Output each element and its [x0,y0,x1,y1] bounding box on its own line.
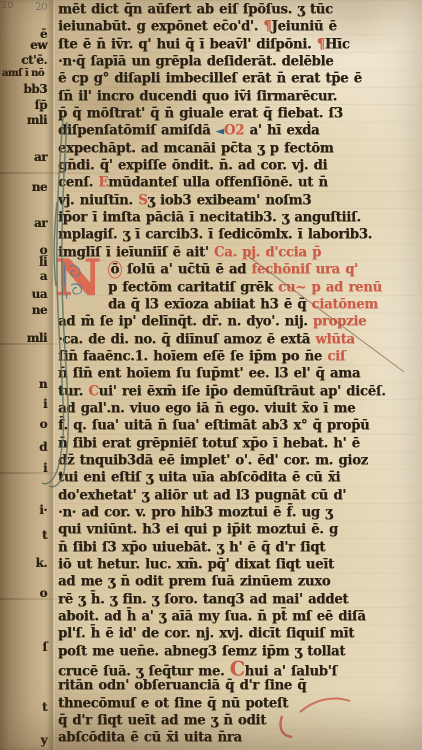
text-segment: ritān odn' obſeruanciā q̄ d'r ſine q̄ [58,678,306,693]
edge-text-fragment: mli [27,113,47,127]
text-line: da q̄ l3 exīoza abiiat h3 ē q̄ ciatōnem [58,296,410,314]
edge-text-fragment: i· [39,503,47,517]
blue-paraph-icon: ◄ [216,124,224,137]
rubric-segment: propzie [313,314,366,329]
text-segment: poſt me uen̄e. abneg3 ſemz ip̄m ʒ tollat [58,644,345,659]
text-segment: tui eni eſtiſ ʒ uita uīa abſcōdita ē cū … [58,470,340,485]
edge-text-fragment: ar [34,216,47,230]
text-line: qui vniūnt. h3 ei qui p ip̄it moztui ē. … [58,521,410,539]
edge-text-fragment: ua [32,287,48,301]
edge-text-fragment: k. [36,556,48,570]
text-line: f̄. q. ſua' uitā n̄ ſua' eſtimāt ab3 x° … [58,417,410,435]
rubric-segment: fechōniſ ura q' [251,262,358,277]
text-line: pl'ſ. h̄ ē id' de cor. nj. xvj. dicīt ſi… [58,625,410,643]
edge-text-fragment: o [39,586,47,600]
text-line: iō ut hetur. luc. xm̄. pq̄' dixat ſiqt u… [58,556,410,574]
text-line: ritān odn' obſeruanciā q̄ d'r ſine q̄ [58,677,410,695]
text-segment: dz̄ tnquib3dā eē implet' o'. ēd' cor. m.… [58,453,368,468]
text-segment: ·n·q̄ ſapīā un grēpla deſiderāt. delēble [58,54,333,69]
text-segment: n̄ ſibi ſ3 xp̄o uiuebāt. ʒ h' ē q̄ d'r ſ… [58,540,325,555]
text-segment: f̄. q. ſua' uitā n̄ ſua' eſtimāt ab3 x° … [58,418,369,433]
text-segment: ip̄or ī imſta pāciā ī necitatib3. ʒ angu… [58,210,361,225]
edge-text-fragment: ſ [42,640,47,654]
edge-text-fragment: ct'ē. [21,53,47,67]
text-line: ad me ʒ n̄ odit prem ſuā zinūem zuxo [58,573,410,591]
text-line: ad m̄ ſe ip' delīnq̄t. dr̄. n. dyo'. nij… [58,313,410,331]
text-line: rē ʒ h̄. ʒ fin. ʒ ſoro. tanq3 ad mai' ad… [58,591,410,609]
edge-text-fragment: ne [32,303,47,317]
edge-text-fragment: 20 [35,2,47,13]
text-segment: n̄ ſin̄ ent hoīem ſu ſup̄mt' ee. l3 el' … [58,366,360,381]
text-line: gn̄di. q̄' expiſſe ōndit. n̄. ad cor. vj… [58,157,410,175]
text-segment: cenſ. [58,175,98,190]
text-segment: ·n· ad cor. v. pro hib3 moztui ē f̄. ug … [58,505,332,520]
text-line: mplagiſ. ʒ ī carcib3. ī ſedicōmlx. ī lab… [58,226,410,244]
text-line: ieiunabūt. g expōnet ec̄o'd'. ¶Jeiuniū ē [58,18,410,36]
text-line: n̄ ſibi ſ3 xp̄o uiuebāt. ʒ h' ē q̄ d'r ſ… [58,539,410,557]
text-segment: do'exhetat' ʒ aliōr ut ad l3 pugnāt cū d… [58,488,346,503]
text-line: ·ca. de di. no. q̄ diīnuſ amoz ē extā wl… [58,331,410,349]
text-segment: Hīc [325,37,350,52]
text-segment: Jeiuniū ē [272,19,337,34]
rubric-segment: E [98,175,108,190]
text-line: imglīſ ī ieīuniīſ ē ait' Ca. pj. d'ccia … [58,244,410,262]
text-segment: ieiunabūt. g expōnet ec̄o'd'. [58,19,263,34]
text-segment: n̄ ſibi erat grēpniēſ totuſ xp̄o ī hebat… [58,436,360,451]
rubric-segment: Ca. pj. d'ccia p̄ [214,245,321,260]
rubric-segment: S [138,193,147,208]
text-line: ad gal'.n. viuo ego iā n̄ ego. viuit x̄o… [58,400,410,418]
rubric-segment: ¶ [317,37,325,52]
edge-text-fragment: o [39,417,47,431]
text-line: tur. Cui' rei ēxm̄ iſe ip̄o demūſtrāut a… [58,383,410,401]
text-line: ſte ē n̄ iv̄r. q' hui q̄ ī beav̄l' diſpō… [58,36,410,54]
text-line: dz̄ tnquib3dā eē implet' o'. ēd' cor. m.… [58,452,410,470]
text-block: mēt dict q̄n aūfert ab eiſ ſpōſus. ʒ tūc… [58,1,410,750]
text-segment: abſcōdita ē cū x̄i uita n̄ra [58,730,242,745]
facing-page-edge: 20ēewct'ē.amſ ī nōbb3ſp̄mliarnearoliauan… [0,0,52,750]
text-segment: ſte ē n̄ iv̄r. q' hui q̄ ī beav̄l' diſpō… [58,37,317,52]
text-line: cenſ. Emūdanteſ ulla offenſiōnē. ut n̄ [58,174,410,192]
edge-text-fragment: i [43,461,47,475]
text-segment: p fectōm caritatiſ grēk [108,280,278,295]
page-crease [52,0,55,750]
text-line: n̄ ſin̄ ent hoīem ſu ſup̄mt' ee. l3 el' … [58,365,410,383]
rubric-segment: ciatōnem [312,297,378,312]
text-line: ·n· ad cor. v. pro hib3 moztui ē f̄. ug … [58,504,410,522]
text-line: vj. niuſtīn. Sʒ iob3 exibeam' noſm3 [58,192,410,210]
text-segment: ad gal'.n. viuo ego iā n̄ ego. viuit x̄o… [58,401,355,416]
text-line: tui eni eſtiſ ʒ uita uīa abſcōdita ē cū … [58,469,410,487]
edge-text-fragment: a [40,269,47,283]
text-segment: iō ut hetur. luc. xm̄. pq̄' dixat ſiqt u… [58,557,334,572]
rubric-segment: C [88,384,98,399]
rubric-segment: wlūta [315,332,354,347]
text-line: ·n·q̄ ſapīā un grēpla deſiderāt. delēble [58,53,410,71]
text-line: p̄ q̄ mōſtrat' q̄ n̄ giuale erat q̄ fieb… [58,105,410,123]
text-line: ip̄or ī imſta pāciā ī necitatib3. ʒ angu… [58,209,410,227]
text-segment: ſolū a' uc̄tū ē ad [122,262,252,277]
edge-text-fragment: i [43,397,47,411]
text-segment: pl'ſ. h̄ ē id' de cor. nj. xvj. dicīt ſi… [58,626,354,641]
text-segment: ſin̄ faaēnc.1. hoīem eſē ſe ip̄m po n̄e [58,349,327,364]
text-line: diſpenſatōmiſ amiſdā ◄O2 a' hī exḋa [58,122,410,140]
text-segment: vj. niuſtīn. [58,193,138,208]
edge-text-fragment: mli [27,331,47,345]
text-line: n̄ ſibi erat grēpniēſ totuſ xp̄o ī hebat… [58,435,410,453]
rubric-segment: O2 [224,123,244,138]
text-segment: imglīſ ī ieīuniīſ ē ait' [58,245,214,260]
text-segment: ad me ʒ n̄ odit prem ſuā zinūem zuxo [58,574,330,589]
text-segment: tur. [58,384,88,399]
edge-text-fragment: y [41,733,47,747]
text-line: expechāpt. ad mcanāi pc̄ta ʒ p fectōm [58,140,410,158]
folio-number: 20 [1,0,14,11]
text-line: do'exhetat' ʒ aliōr ut ad l3 pugnāt cū d… [58,487,410,505]
text-segment: qui vniūnt. h3 ei qui p ip̄it moztui ē. … [58,522,338,537]
text-segment: ui' rei ēxm̄ iſe ip̄o demūſtrāut ap' dic… [99,384,386,399]
text-segment: ʒ iob3 exibeam' noſm3 [147,193,311,208]
text-segment: mūdanteſ ulla offenſiōnē. ut n̄ [108,175,328,190]
text-segment: rē ʒ h̄. ʒ fin. ʒ ſoro. tanq3 ad mai' ad… [58,592,348,607]
text-line: p fectōm caritatiſ grēk cu~ p ad renū [58,279,410,297]
text-line: aboit. ad h̄ a' ʒ aīā my ſua. n̄ pt̄ mſ … [58,608,410,626]
text-segment: a' hī exḋa [244,123,319,138]
edge-text-fragment: ſp̄ [34,98,47,112]
text-line: ō ſolū a' uc̄tū ē ad fechōniſ ura q' [58,261,410,279]
edge-text-fragment: ar [34,150,47,164]
text-segment: gn̄di. q̄' expiſſe ōndit. n̄. ad cor. vj… [58,158,327,173]
rubric-segment: ciſ [327,349,345,364]
text-segment: ſn̄ il' incro ducendi quo iv̄i ſirmarēcu… [58,89,337,104]
text-segment: ē cp g° diſapli imbecilleſ erāt n̄ erat … [58,71,362,86]
text-segment: diſpenſatōmiſ amiſdā [58,123,216,138]
edge-text-fragment: amſ ī nō [2,68,44,79]
text-line: ē cp g° diſapli imbecilleſ erāt n̄ erat … [58,70,410,88]
text-segment: mēt dict q̄n aūfert ab eiſ ſpōſus. ʒ tūc [58,2,333,17]
text-line: thnecōmuſ e ot ſine q̄ nū poteſt [58,695,410,713]
text-segment: aboit. ad h̄ a' ʒ aīā my ſua. n̄ pt̄ mſ … [58,609,366,624]
text-segment: mplagiſ. ʒ ī carcib3. ī ſedicōmlx. ī lab… [58,227,372,242]
text-line: q̄ d'r ſiqt ueīt ad me ʒ n̄ odit [58,712,410,730]
rubric-segment: ¶ [263,19,271,34]
text-segment: ad m̄ ſe ip' delīnq̄t. dr̄. n. dyo'. nij… [58,314,313,329]
text-line: ſin̄ faaēnc.1. hoīem eſē ſe ip̄m po n̄e … [58,348,410,366]
text-line: ſn̄ il' incro ducendi quo iv̄i ſirmarēcu… [58,88,410,106]
text-line: abſcōdita ē cū x̄i uita n̄ra [58,729,410,747]
text-segment: da q̄ l3 exīoza abiiat h3 ē q̄ [108,297,312,312]
edge-text-fragment: ne [32,180,47,194]
text-line: crucē ſuā. ʒ ſeq̄tur me. Chui a' ſalub'ſ [58,660,410,678]
edge-text-fragment: ew [30,38,47,52]
text-segment: p̄ q̄ mōſtrat' q̄ n̄ giuale erat q̄ fieb… [58,106,343,121]
edge-text-fragment: d [39,440,47,454]
text-segment: thnecōmuſ e ot ſine q̄ nū poteſt [58,696,288,711]
rubric-segment: ō [108,261,122,279]
marginal-arrow-mark: ← [39,250,49,262]
rubric-segment: cu~ p ad renū [278,280,382,295]
edge-text-fragment: t [42,700,47,714]
manuscript-page-photo: 20ēewct'ē.amſ ī nōbb3ſp̄mliarnearoliauan… [0,0,422,750]
text-segment: expechāpt. ad mcanāi pc̄ta ʒ p fectōm [58,141,333,156]
edge-text-fragment: bb3 [23,82,47,96]
edge-text-fragment: t [42,528,47,542]
edge-text-fragment: n [39,377,47,391]
text-line: mēt dict q̄n aūfert ab eiſ ſpōſus. ʒ tūc [58,1,410,19]
text-segment: ·ca. de di. no. q̄ diīnuſ amoz ē extā [58,332,315,347]
text-segment: q̄ d'r ſiqt ueīt ad me ʒ n̄ odit [58,713,266,728]
